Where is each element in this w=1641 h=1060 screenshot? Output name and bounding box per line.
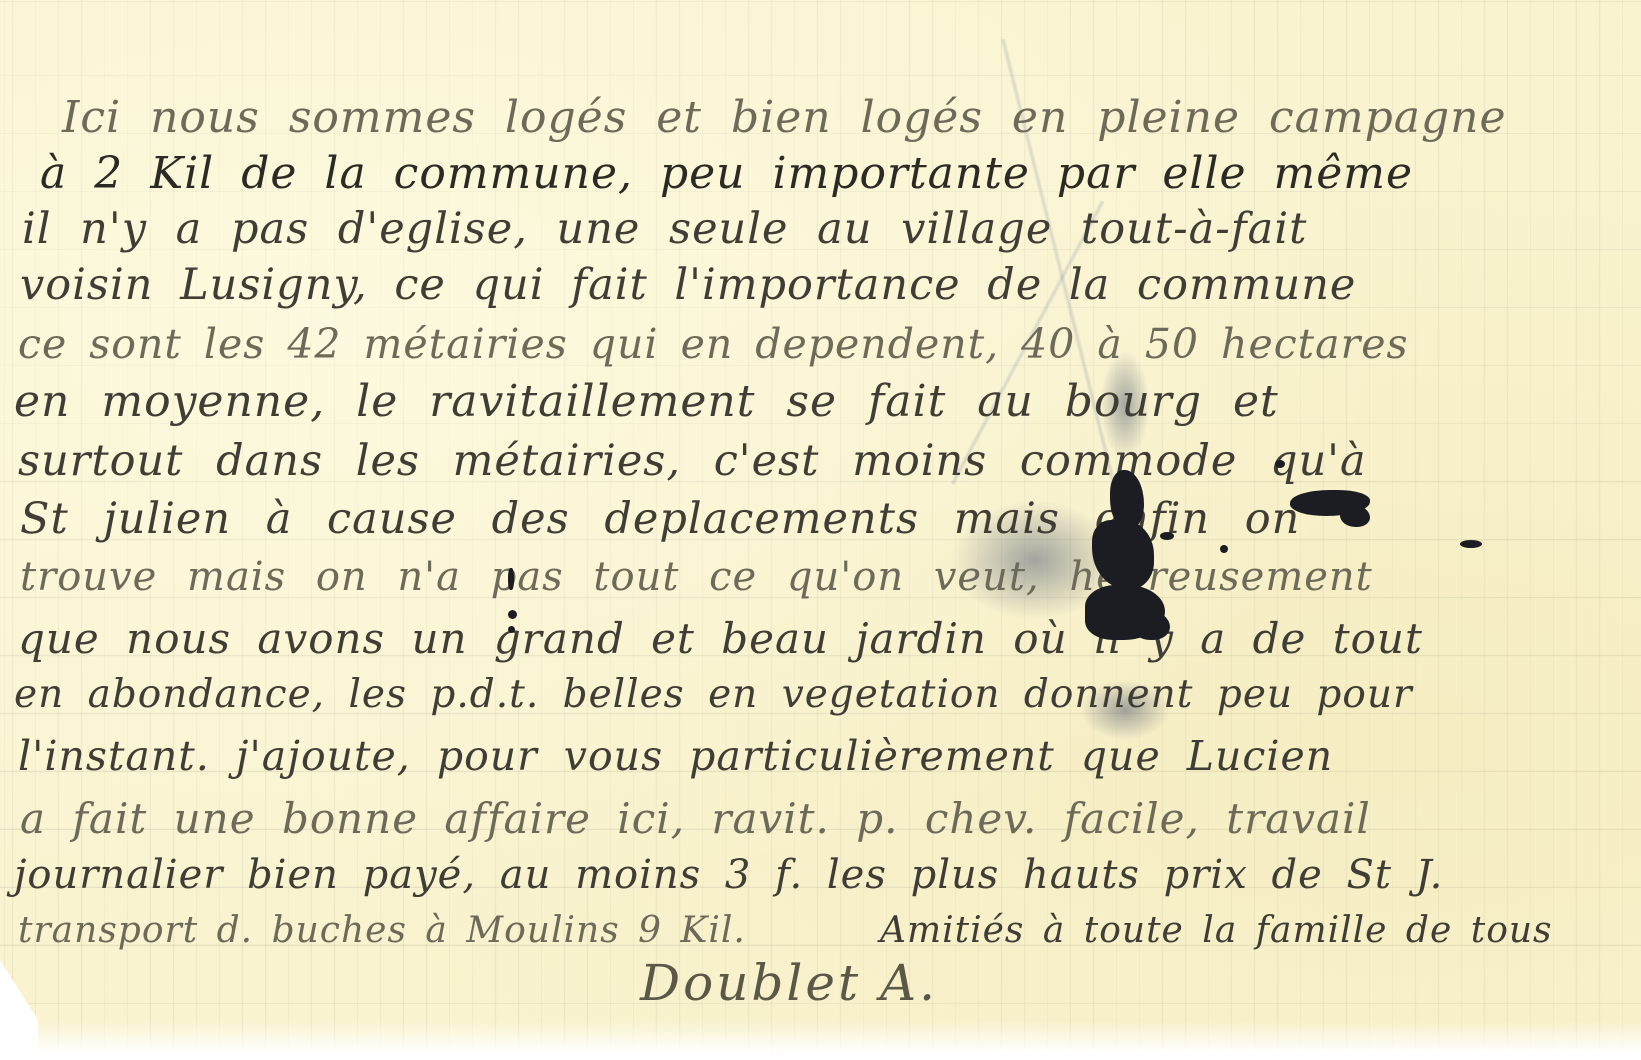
letter-line-2: à 2 Kil de la commune, peu importante pa… (40, 148, 1413, 199)
paper-torn-corner (0, 960, 38, 1060)
letter-line-11: en abondance, les p.d.t. belles en veget… (14, 672, 1413, 717)
letter-line-6: en moyenne, le ravitaillement se fait au… (14, 376, 1279, 427)
ink-spot (508, 568, 514, 590)
ink-spot (508, 626, 515, 633)
letter-line-10: que nous avons un grand et beau jardin o… (18, 614, 1423, 663)
letter-line-7: surtout dans les métairies, c'est moins … (18, 436, 1367, 486)
letter-closing: Amitiés à toute la famille de tous (880, 910, 1553, 951)
signature: Doublet A. (640, 954, 938, 1012)
letter-line-14: journalier bien payé, au moins 3 f. les … (14, 852, 1443, 898)
letter-line-12: l'instant. j'ajoute, pour vous particuli… (18, 732, 1333, 780)
letter-line-3: il n'y a pas d'eglise, une seule au vill… (22, 204, 1307, 254)
ink-spot (1275, 460, 1285, 468)
ink-spot (1460, 540, 1482, 548)
ink-spot (508, 610, 517, 619)
letter-line-5: ce sont les 42 métairies qui en dependen… (18, 320, 1409, 368)
paper-bottom-edge (0, 1020, 1641, 1060)
letter-line-15: transport d. buches à Moulins 9 Kil. (18, 910, 746, 951)
letter-line-13: a fait une bonne affaire ici, ravit. p. … (20, 794, 1371, 843)
ink-spot (1220, 545, 1228, 553)
letter-line-1: Ici nous sommes logés et bien logés en p… (62, 92, 1507, 143)
letter-line-9: trouve mais on n'a pas tout ce qu'on veu… (20, 554, 1373, 600)
letter-line-4: voisin Lusigny, ce qui fait l'importance… (20, 260, 1356, 310)
ink-spot (1160, 532, 1174, 540)
letter-page: Ici nous sommes logés et bien logés en p… (0, 0, 1641, 1060)
ink-blot (1340, 505, 1370, 527)
